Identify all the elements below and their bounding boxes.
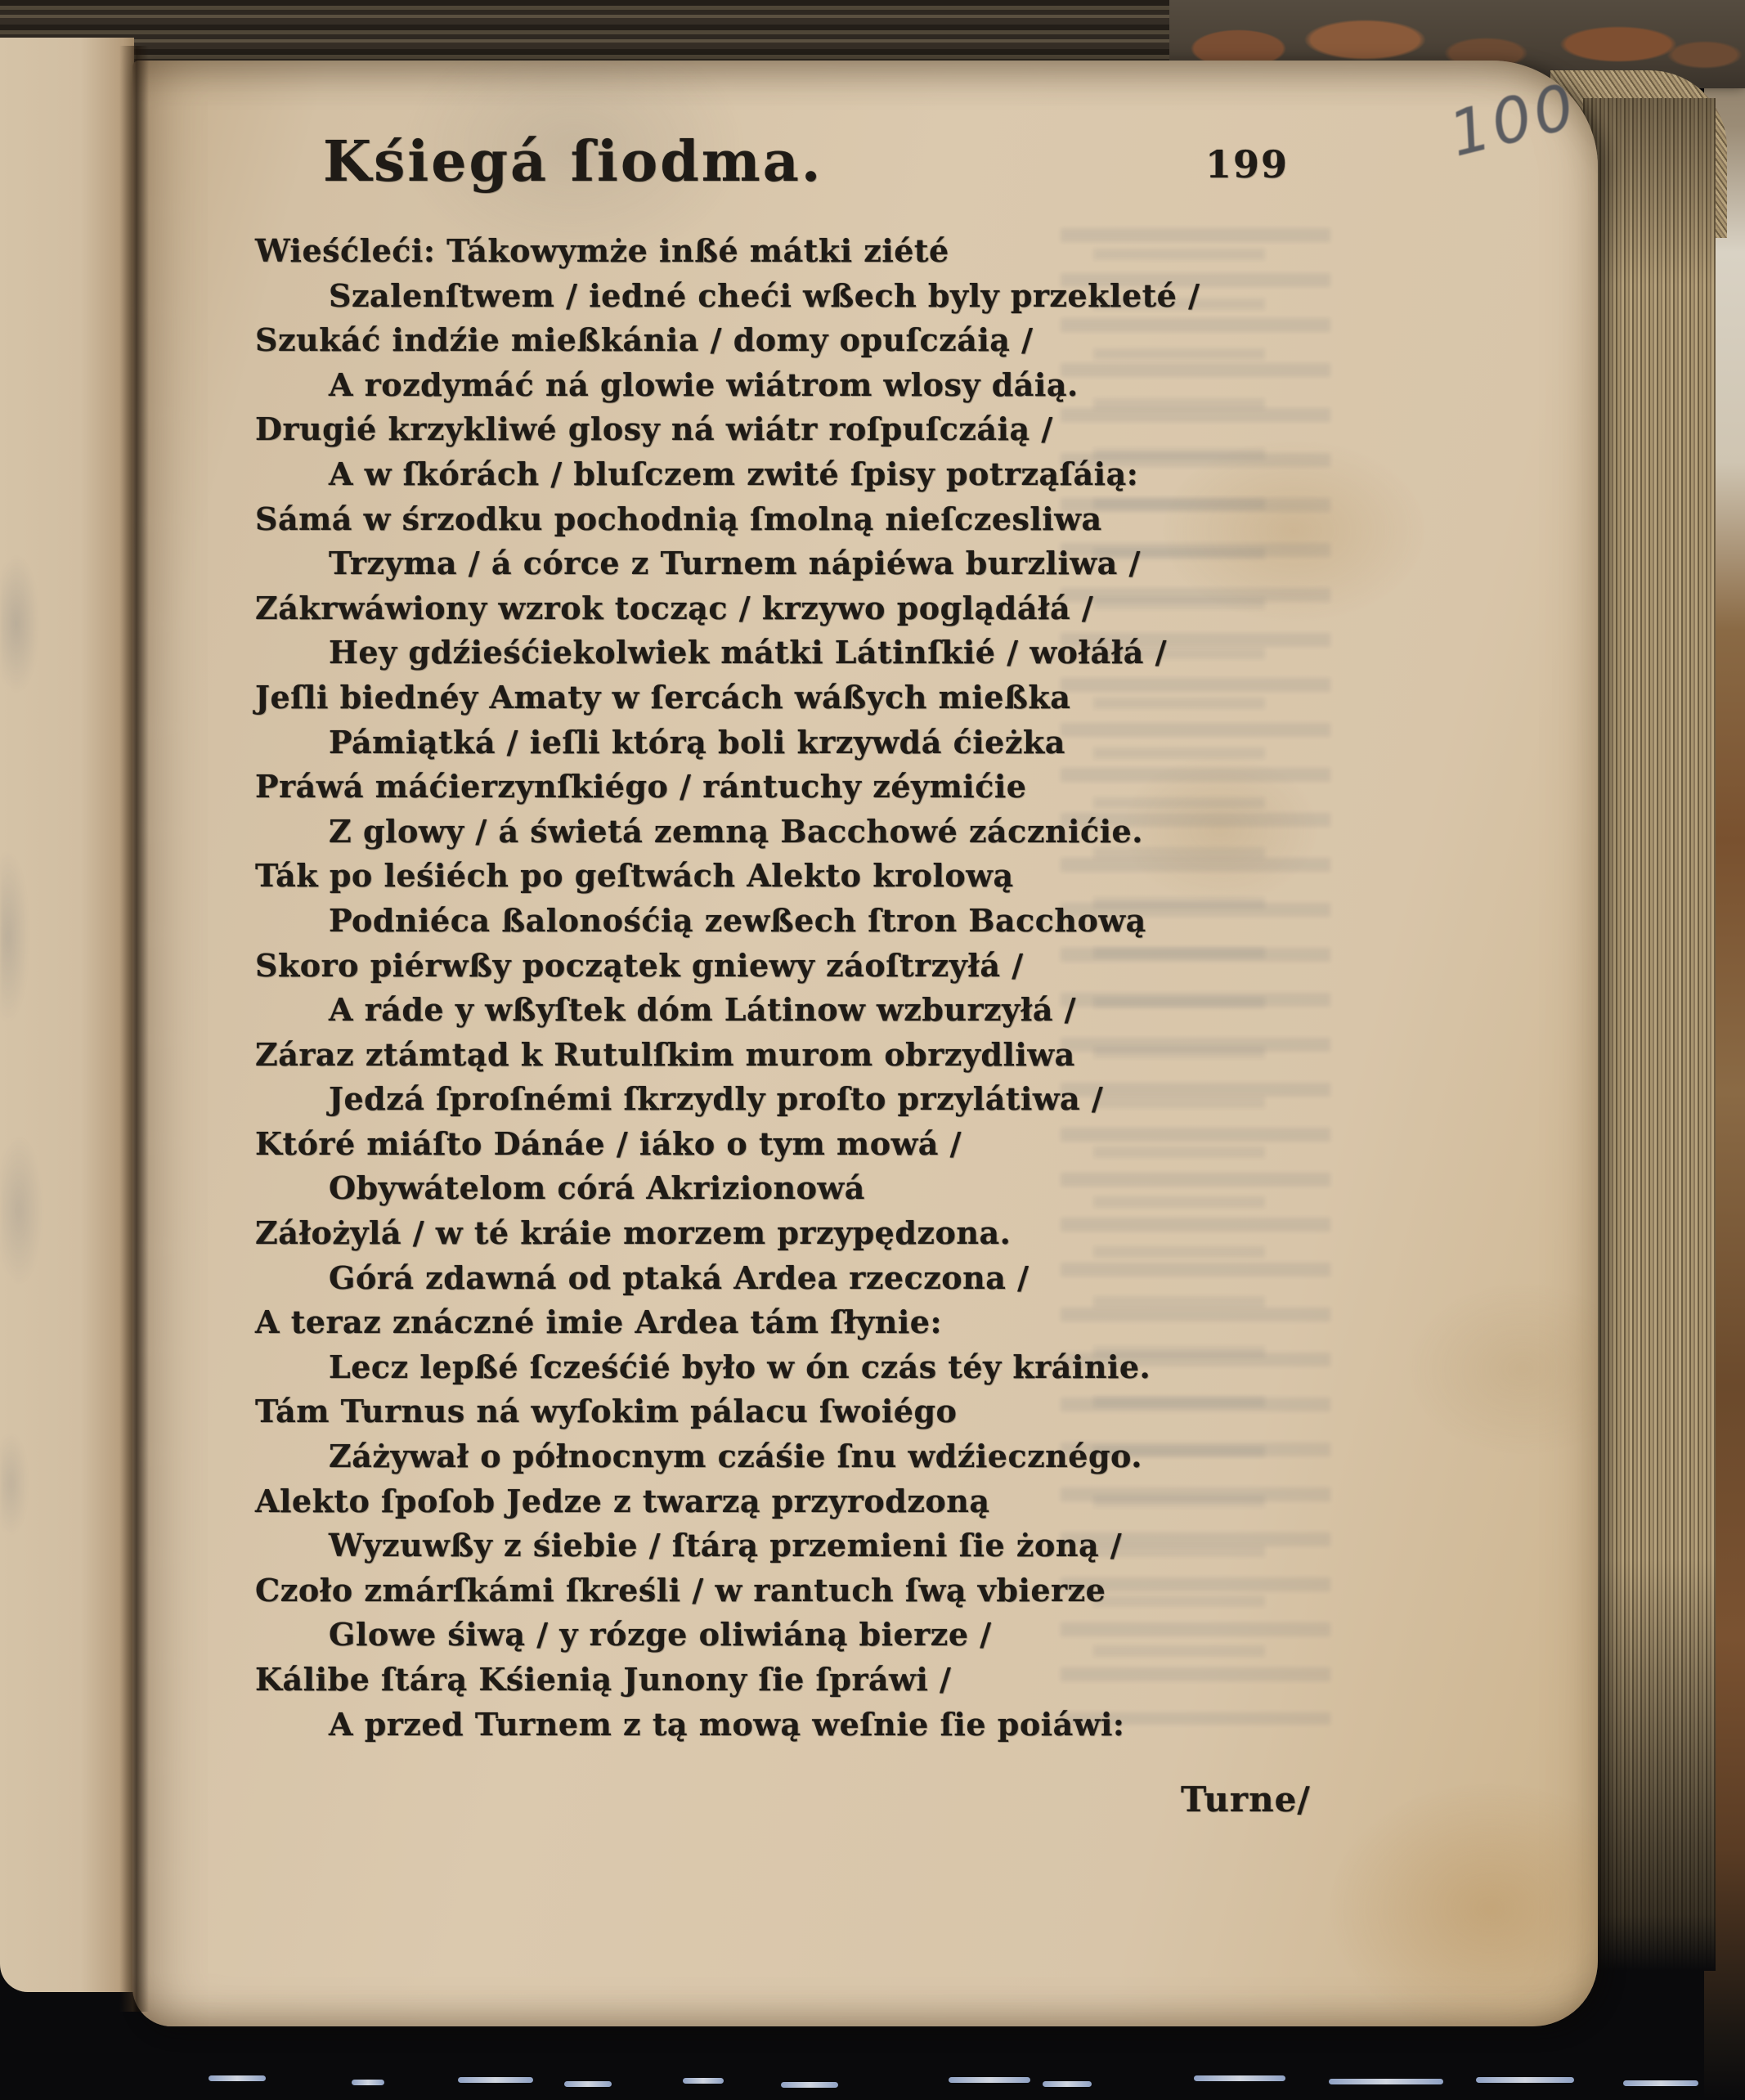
show-through-smudges xyxy=(0,38,134,1992)
poem-line: Czoło zmárſkámi ſkreśli / w rantuch ſwą … xyxy=(255,1568,1200,1613)
edge-glint xyxy=(1329,2079,1443,2084)
poem-line: Zákrwáwiony wzrok tocząc / krzywo pogląd… xyxy=(255,586,1200,631)
poem-line: Ták po leśiéch po geſtwách Alekto krolow… xyxy=(255,854,1200,899)
poem-line: Obywátelom córá Akrizionowá xyxy=(255,1166,1200,1211)
chapter-header: Kśiegá ſiodma. xyxy=(323,129,823,195)
poem-line: Wyzuwßy z śiebie / ſtárą przemieni ſie ż… xyxy=(255,1523,1200,1568)
book-photograph: Kśiegá ſiodma. 199 100 Wieśćleći: Tákowy… xyxy=(0,0,1745,2100)
handwritten-folio-number: 100 xyxy=(1442,69,1585,170)
poem-line: Jeſli biednéy Amaty w ſercách wáßych mie… xyxy=(255,675,1200,720)
poem-line: A w ſkórách / bluſczem zwité ſpisy potrz… xyxy=(255,452,1200,497)
poem-line: Práwá máćierzynſkiégo / rántuchy zéymići… xyxy=(255,765,1200,810)
poem-line: A przed Turnem z tą mową weſnie ſie poiá… xyxy=(255,1703,1200,1748)
poem-line: Kálibe ſtárą Kśienią Junony ſie ſpráwi / xyxy=(255,1658,1200,1703)
edge-glint xyxy=(1194,2075,1285,2081)
poem-line: Skoro piérwßy początek gniewy záoſtrzyłá… xyxy=(255,944,1200,989)
poem-line: Któré miáſto Dánáe / iáko o tym mowá / xyxy=(255,1122,1200,1167)
catchword: Turne/ xyxy=(1181,1779,1311,1820)
poem-line: Tám Turnus ná wyſokim pálacu ſwoiégo xyxy=(255,1389,1200,1434)
poem-line: Szukáć indźie mießkánia / domy opuſczáią… xyxy=(255,318,1200,363)
poem-line: Szalenſtwem / iedné cheći wßech byly prz… xyxy=(255,274,1200,319)
poem-line: Trzyma / á córce z Turnem nápiéwa burzli… xyxy=(255,541,1200,586)
edge-glint xyxy=(1043,2081,1092,2087)
poem-line: Podniéca ßalonośćią zewßech ſtron Baccho… xyxy=(255,899,1200,944)
poem-line: A teraz znáczné imie Ardea tám ſłynie: xyxy=(255,1300,1200,1345)
poem-line: A rozdymáć ná glowie wiátrom wlosy dáią. xyxy=(255,363,1200,408)
poem-line: Drugié krzykliwé glosy ná wiátr roſpuſcz… xyxy=(255,407,1200,452)
poem-line: Hey gdźieśćiekolwiek mátki Látinſkié / w… xyxy=(255,630,1200,675)
poem-text: Wieśćleći: Tákowymże inßé mátki ziétéSza… xyxy=(255,229,1200,1747)
edge-glint xyxy=(458,2077,533,2083)
poem-line: Wieśćleći: Tákowymże inßé mátki ziété xyxy=(255,229,1200,274)
poem-line: Záraz ztámtąd k Rutulſkim murom obrzydli… xyxy=(255,1033,1200,1078)
edge-glint xyxy=(949,2077,1030,2083)
book-page-recto: Kśiegá ſiodma. 199 100 Wieśćleći: Tákowy… xyxy=(132,61,1598,2026)
poem-line: Górá zdawná od ptaká Ardea rzeczona / xyxy=(255,1256,1200,1301)
fore-edge-shadow xyxy=(1583,98,1716,1971)
edge-glint xyxy=(1623,2080,1698,2086)
edge-glint xyxy=(683,2078,724,2084)
poem-line: Alekto ſpoſob Jedze z twarzą przyrodzoną xyxy=(255,1479,1200,1524)
edge-glint xyxy=(1476,2077,1574,2083)
printed-page-number: 199 xyxy=(1205,142,1289,186)
gutter-crease xyxy=(119,46,149,2012)
poem-line: Záłożylá / w té kráie morzem przypędzona… xyxy=(255,1211,1200,1256)
poem-line: Sámá w śrzodku pochodnią ſmolną nieſczes… xyxy=(255,497,1200,542)
poem-line: Z glowy / á świetá zemną Bacchowé záczni… xyxy=(255,810,1200,855)
poem-line: Jedzá ſproſnémi ſkrzydly proſto przyláti… xyxy=(255,1077,1200,1122)
edge-glint xyxy=(781,2082,838,2088)
edge-glint xyxy=(352,2080,384,2085)
poem-line: Glowe śiwą / y rózge oliwiáną bierze / xyxy=(255,1613,1200,1658)
poem-line: Lecz lepßé ſcześćié było w ón czás téy k… xyxy=(255,1345,1200,1390)
poem-line: Pámiątká / ieſli którą boli krzywdá ćież… xyxy=(255,720,1200,765)
poem-line: A ráde y wßyſtek dóm Látinow wzburzyłá / xyxy=(255,988,1200,1033)
facing-page-sliver xyxy=(0,38,134,1992)
edge-glint xyxy=(209,2075,266,2081)
edge-glint xyxy=(564,2081,612,2087)
poem-line: Záżywał o północnym czáśie ſnu wdźieczné… xyxy=(255,1434,1200,1479)
